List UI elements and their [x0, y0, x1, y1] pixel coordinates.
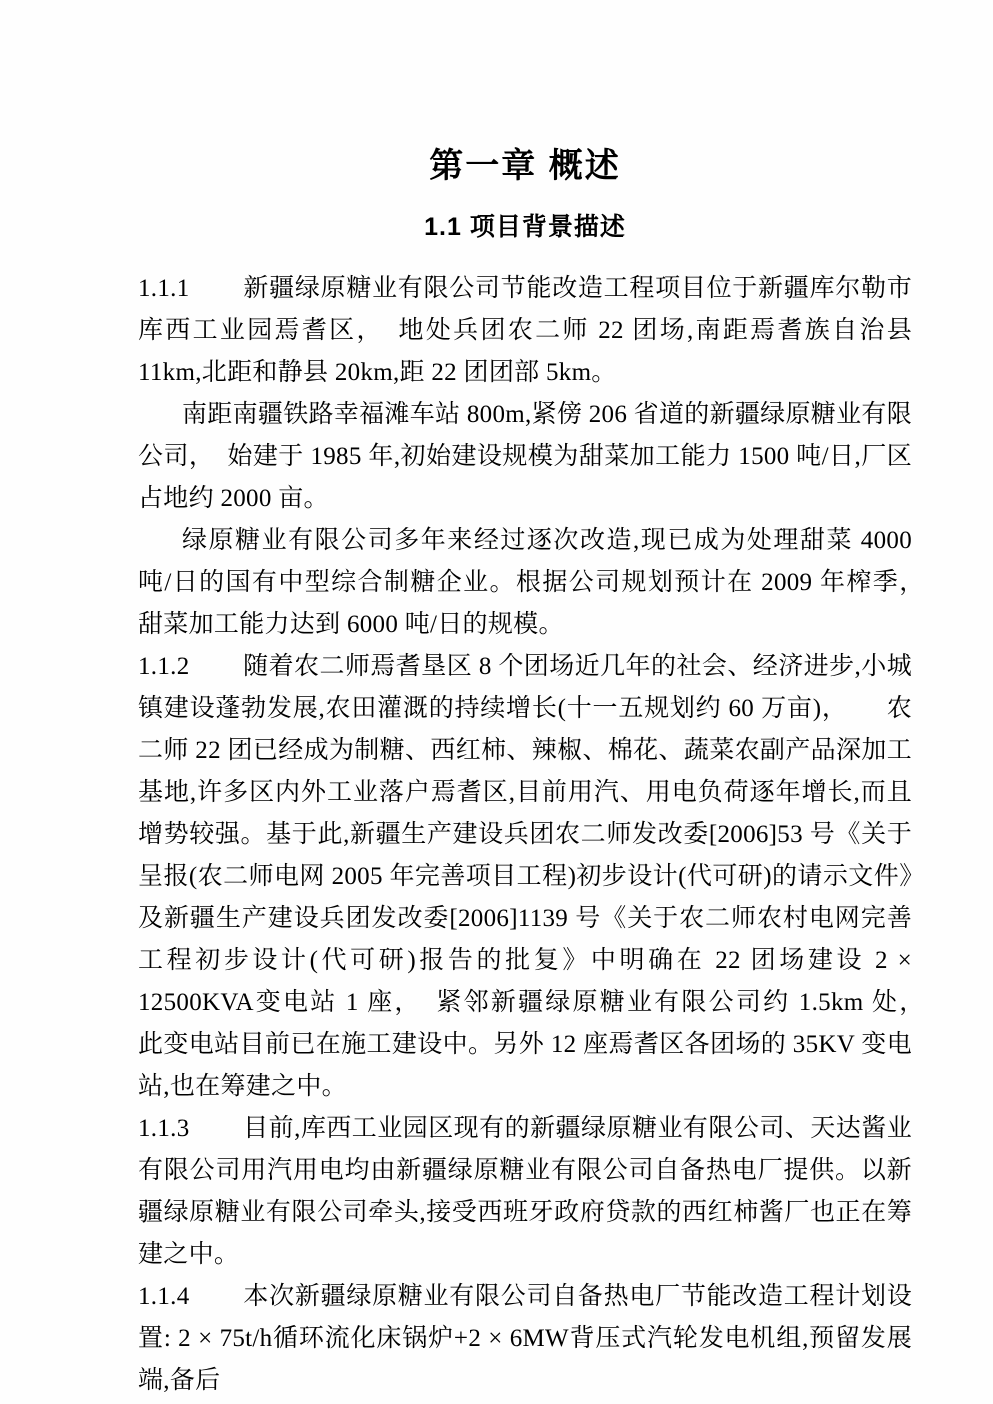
- document-body: 1.1.1新疆绿原糖业有限公司节能改造工程项目位于新疆库尔勒市库西工业园焉耆区，…: [138, 268, 912, 1402]
- paragraph-1-1-2: 1.1.2随着农二师焉耆垦区 8 个团场近几年的社会、经济进步,小城镇建设蓬勃发…: [138, 646, 912, 1108]
- paragraph-text: 随着农二师焉耆垦区 8 个团场近几年的社会、经济进步,小城镇建设蓬勃发展,农田灌…: [138, 653, 937, 1100]
- paragraph-text: 绿原糖业有限公司多年来经过逐次改造,现已成为处理甜菜 4000 吨/日的国有中型…: [138, 527, 963, 638]
- paragraph-1-1-4: 1.1.4本次新疆绿原糖业有限公司自备热电厂节能改造工程计划设置: 2 × 75…: [138, 1276, 912, 1402]
- section-number: 1.1.4: [138, 1276, 243, 1318]
- section-number: 1.1.2: [138, 646, 243, 688]
- section-number: 1.1.1: [138, 268, 243, 310]
- paragraph: 南距南疆铁路幸福滩车站 800m,紧傍 206 省道的新疆绿原糖业有限公司， 始…: [138, 394, 912, 520]
- paragraph-1-1-1: 1.1.1新疆绿原糖业有限公司节能改造工程项目位于新疆库尔勒市库西工业园焉耆区，…: [138, 268, 912, 394]
- paragraph-text: 目前,库西工业园区现有的新疆绿原糖业有限公司、天达酱业有限公司用汽用电均由新疆绿…: [138, 1115, 912, 1268]
- paragraph-1-1-3: 1.1.3目前,库西工业园区现有的新疆绿原糖业有限公司、天达酱业有限公司用汽用电…: [138, 1108, 912, 1276]
- paragraph-text: 本次新疆绿原糖业有限公司自备热电厂节能改造工程计划设置: 2 × 75t/h循环…: [138, 1283, 912, 1394]
- paragraph-text: 南距南疆铁路幸福滩车站 800m,紧傍 206 省道的新疆绿原糖业有限公司， 始…: [138, 401, 912, 512]
- section-heading: 1.1 项目背景描述: [138, 212, 912, 242]
- chapter-title: 第一章 概述: [138, 146, 912, 186]
- paragraph: 绿原糖业有限公司多年来经过逐次改造,现已成为处理甜菜 4000 吨/日的国有中型…: [138, 520, 912, 646]
- section-number: 1.1.3: [138, 1108, 243, 1150]
- document-page: 第一章 概述 1.1 项目背景描述 1.1.1新疆绿原糖业有限公司节能改造工程项…: [0, 0, 993, 1404]
- paragraph-text: 新疆绿原糖业有限公司节能改造工程项目位于新疆库尔勒市库西工业园焉耆区， 地处兵团…: [138, 275, 912, 386]
